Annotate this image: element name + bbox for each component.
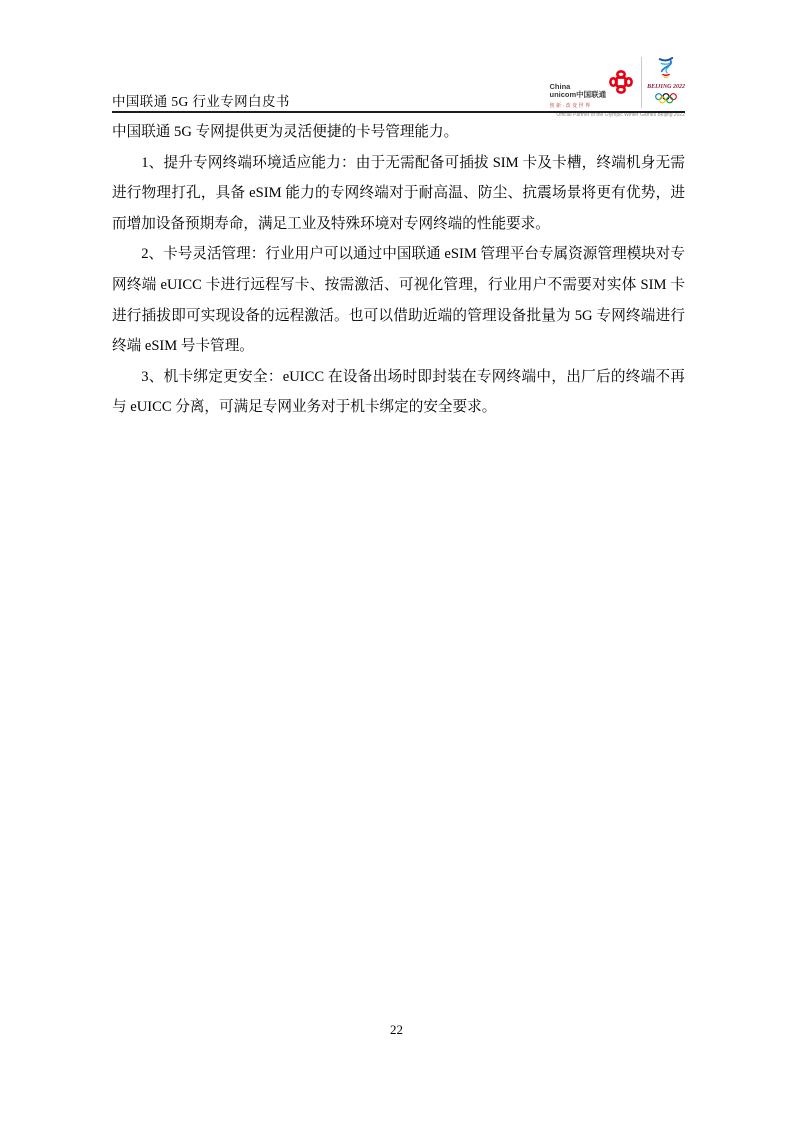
header-rule: [112, 111, 685, 113]
beijing-2022-logo: BEIJING 2022: [647, 56, 685, 109]
beijing-2022-emblem-icon: [656, 56, 676, 83]
china-unicom-knot-icon: [606, 69, 634, 100]
paragraph: 中国联通 5G 专网提供更为灵活便捷的卡号管理能力。: [112, 117, 685, 148]
paragraph: 2、卡号灵活管理：行业用户可以通过中国联通 eSIM 管理平台专属资源管理模块对…: [112, 239, 685, 361]
logo-row: Chinaunicom中国联通 创新·改: [549, 56, 685, 109]
body-paragraphs: 中国联通 5G 专网提供更为灵活便捷的卡号管理能力。1、提升专网终端环境适应能力…: [112, 117, 685, 423]
china-unicom-slogan: 创新·改变世界: [549, 102, 634, 109]
header-logo-block: Chinaunicom中国联通 创新·改: [549, 56, 685, 118]
page-number: 22: [0, 1022, 793, 1038]
paragraph: 3、机卡绑定更安全：eUICC 在设备出场时即封装在专网终端中，出厂后的终端不再…: [112, 362, 685, 423]
china-unicom-logo-top: Chinaunicom中国联通: [549, 69, 634, 100]
document-page: 中国联通 5G 行业专网白皮书 Chinaunicom中国联通: [0, 0, 793, 1122]
paragraph: 1、提升专网终端环境适应能力：由于无需配备可插拔 SIM 卡及卡槽，终端机身无需…: [112, 148, 685, 240]
beijing-2022-wordmark: BEIJING 2022: [647, 84, 685, 90]
china-unicom-wordmark: Chinaunicom中国联通: [549, 83, 606, 100]
china-unicom-logo: Chinaunicom中国联通 创新·改: [549, 56, 639, 109]
logo-divider: [641, 57, 642, 108]
olympic-rings-icon: [653, 91, 679, 109]
header-title: 中国联通 5G 行业专网白皮书: [112, 90, 290, 110]
